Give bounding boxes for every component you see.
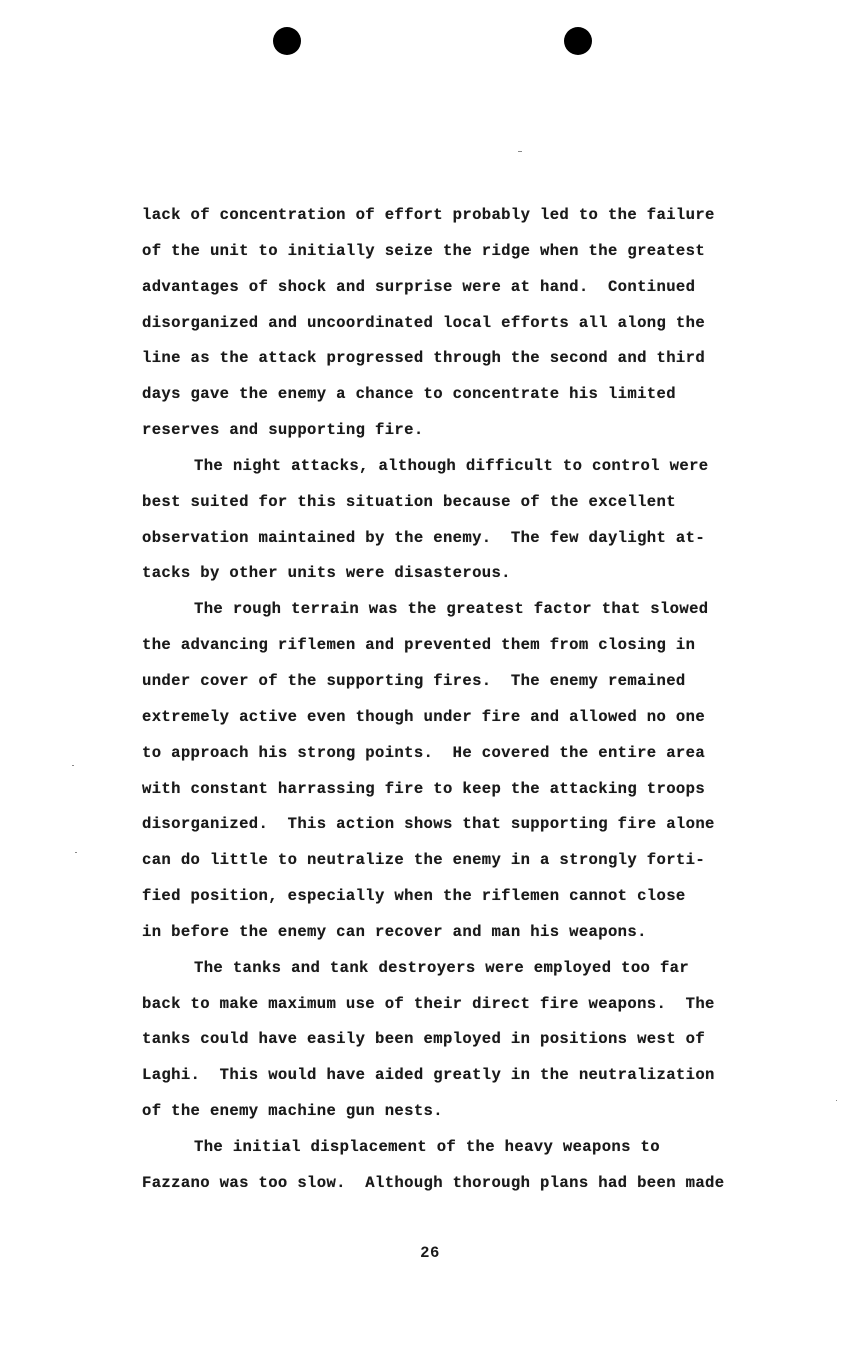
text-line: extremely active even though under fire … [142,700,792,736]
paragraph: The night attacks, although difficult to… [142,449,792,592]
scan-speck [72,765,74,766]
text-line: back to make maximum use of their direct… [142,987,792,1023]
text-line: disorganized. This action shows that sup… [142,807,792,843]
text-line: fied position, especially when the rifle… [142,879,792,915]
text-line: advantages of shock and surprise were at… [142,270,792,306]
text-line: reserves and supporting fire. [142,413,792,449]
text-line: under cover of the supporting fires. The… [142,664,792,700]
text-line: Fazzano was too slow. Although thorough … [142,1166,792,1202]
text-line: of the enemy machine gun nests. [142,1094,792,1130]
scan-speck [518,151,522,152]
text-line: tanks could have easily been employed in… [142,1022,792,1058]
text-line: Laghi. This would have aided greatly in … [142,1058,792,1094]
text-line: disorganized and uncoordinated local eff… [142,306,792,342]
page-number: 26 [0,1244,850,1262]
text-line: with constant harrassing fire to keep th… [142,772,792,808]
text-line: The rough terrain was the greatest facto… [142,592,792,628]
scan-speck [836,1100,837,1101]
paragraph: lack of concentration of effort probably… [142,198,792,449]
text-line: lack of concentration of effort probably… [142,198,792,234]
text-line: of the unit to initially seize the ridge… [142,234,792,270]
paragraph: The initial displacement of the heavy we… [142,1130,792,1202]
text-line: can do little to neutralize the enemy in… [142,843,792,879]
text-line: to approach his strong points. He covere… [142,736,792,772]
text-line: best suited for this situation because o… [142,485,792,521]
text-line: the advancing riflemen and prevented the… [142,628,792,664]
punch-hole-right [564,27,592,55]
text-line: line as the attack progressed through th… [142,341,792,377]
paragraph: The rough terrain was the greatest facto… [142,592,792,950]
paragraph: The tanks and tank destroyers were emplo… [142,951,792,1130]
text-line: observation maintained by the enemy. The… [142,521,792,557]
text-line: The initial displacement of the heavy we… [142,1130,792,1166]
scan-speck [75,852,77,853]
text-line: The tanks and tank destroyers were emplo… [142,951,792,987]
document-body: lack of concentration of effort probably… [142,198,792,1202]
text-line: tacks by other units were disasterous. [142,556,792,592]
text-line: in before the enemy can recover and man … [142,915,792,951]
text-line: The night attacks, although difficult to… [142,449,792,485]
text-line: days gave the enemy a chance to concentr… [142,377,792,413]
punch-hole-left [273,27,301,55]
